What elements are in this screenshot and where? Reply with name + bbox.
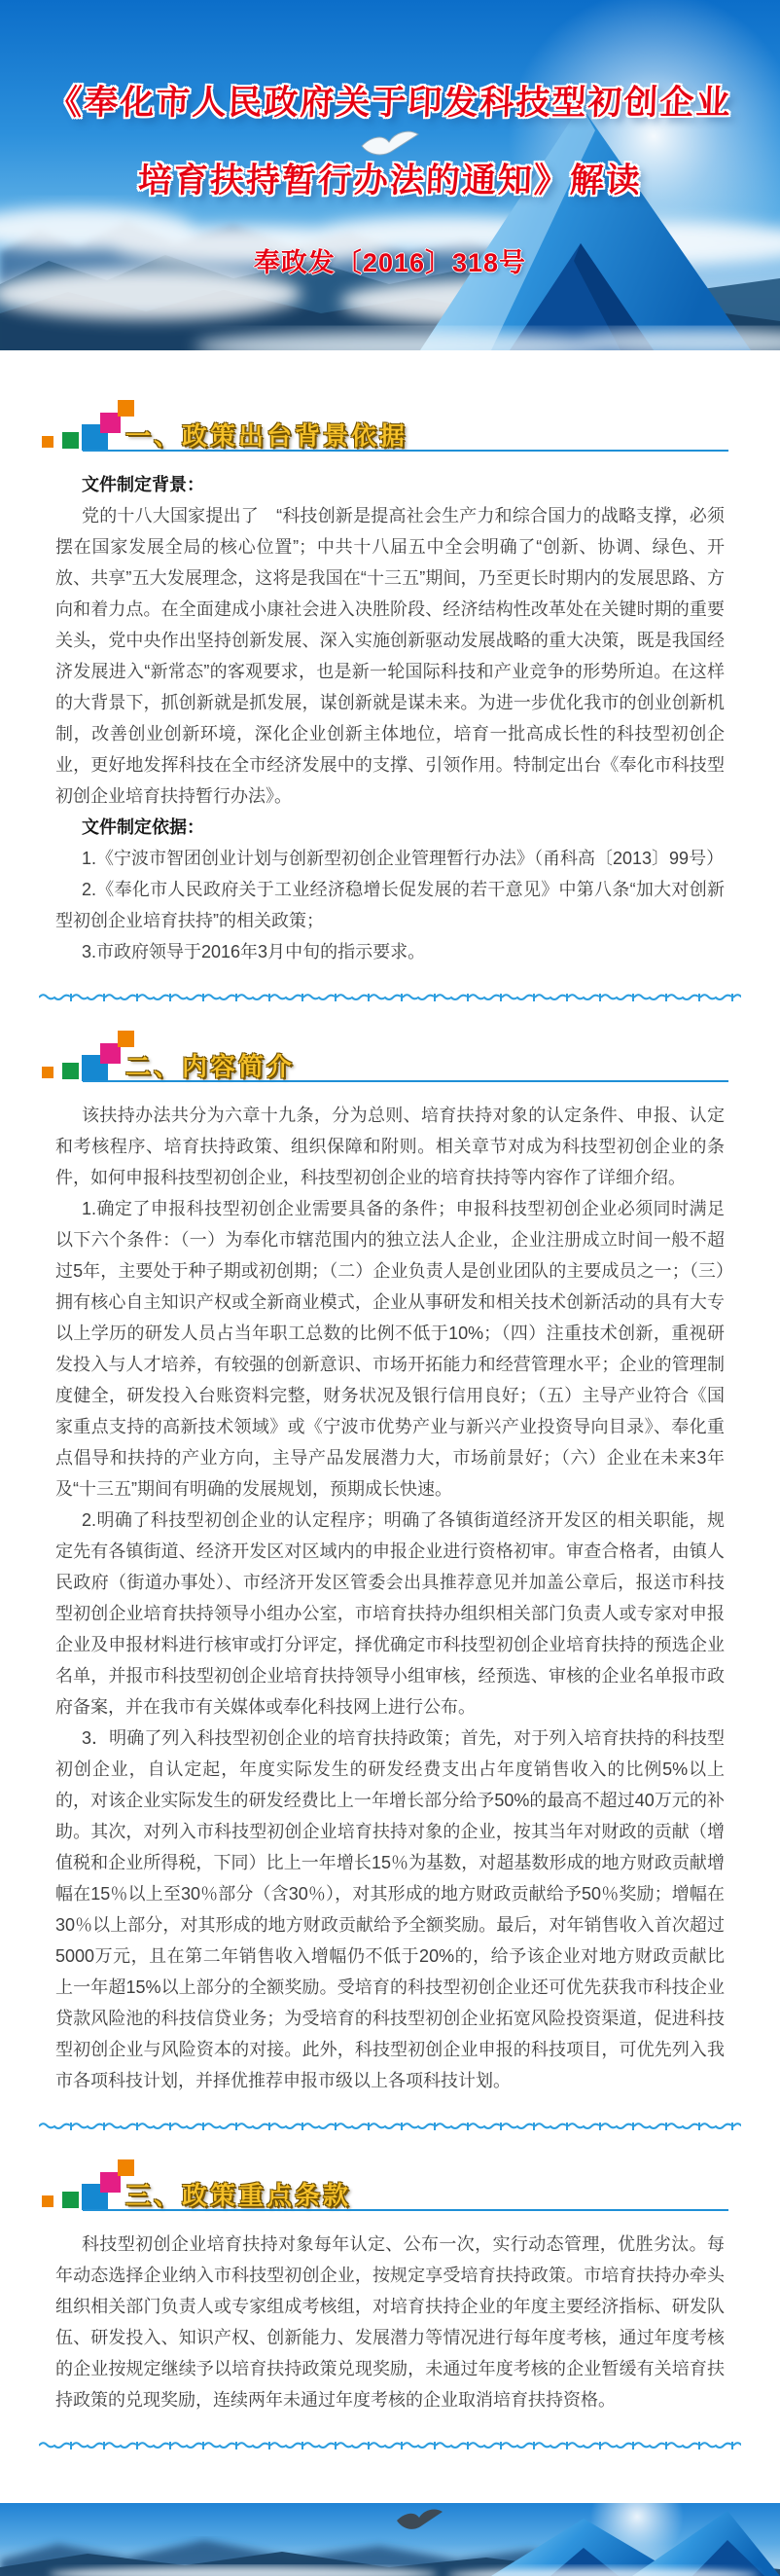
section-underline xyxy=(83,1080,728,1082)
section-body-1: 文件制定背景： 党的十八大国家提出了 “科技创新是提高社会生产力和综合国力的战略… xyxy=(55,469,725,967)
section-header-3: 三、政策重点条款 xyxy=(0,2157,780,2213)
page-title-line1: 《奉化市人民政府关于印发科技型初创企业 xyxy=(0,76,780,125)
section-title-2: 二、内容简介 xyxy=(125,1047,295,1083)
bottom-banner xyxy=(0,2503,780,2576)
list-item: 2.《奉化市人民政府关于工业经济稳增长促发展的若干意见》中第八条“加大对创新型初… xyxy=(55,874,725,936)
wavy-divider xyxy=(39,2120,741,2133)
deco-square-orange-icon xyxy=(42,1067,53,1078)
paragraph: 3．明确了列入科技型初创企业的培育扶持政策；首先，对于列入培育扶持的科技型初创企… xyxy=(55,1723,725,2096)
deco-square-green-icon xyxy=(62,1063,79,1079)
sky-mountain-footer-image xyxy=(0,2503,780,2576)
deco-square-orange2-icon xyxy=(118,400,134,417)
deco-square-orange2-icon xyxy=(118,2159,134,2176)
deco-square-orange-icon xyxy=(42,2195,53,2207)
deco-square-orange-icon xyxy=(42,436,53,448)
list-item: 3.市政府领导于2016年3月中旬的指示要求。 xyxy=(55,936,725,967)
top-banner: 《奉化市人民政府关于印发科技型初创企业 培育扶持暂行办法的通知》解读 奉政发〔2… xyxy=(0,0,780,350)
paragraph: 该扶持办法共分为六章十九条，分为总则、培育扶持对象的认定条件、申报、认定和考核程… xyxy=(55,1100,725,1193)
section-header-1: 一、政策出台背景依据 xyxy=(0,397,780,454)
deco-square-green-icon xyxy=(62,2192,79,2208)
paragraph: 科技型初创企业培育扶持对象每年认定、公布一次，实行动态管理，优胜劣汰。每年动态选… xyxy=(55,2229,725,2415)
wavy-divider xyxy=(39,991,741,1004)
wavy-divider xyxy=(39,2439,741,2452)
section-body-3: 科技型初创企业培育扶持对象每年认定、公布一次，实行动态管理，优胜劣汰。每年动态选… xyxy=(55,2229,725,2415)
paragraph: 党的十八大国家提出了 “科技创新是提高社会生产力和综合国力的战略支撑，必须摆在国… xyxy=(55,500,725,812)
section-header-2: 二、内容简介 xyxy=(0,1028,780,1084)
paragraph: 2.明确了科技型初创企业的认定程序；明确了各镇街道经济开发区的相关职能，规定先有… xyxy=(55,1505,725,1723)
paragraph-subhead: 文件制定背景： xyxy=(55,469,725,500)
section-underline xyxy=(83,2209,728,2211)
deco-square-orange2-icon xyxy=(118,1031,134,1047)
section-title-3: 三、政策重点条款 xyxy=(125,2176,351,2212)
section-underline xyxy=(83,450,728,452)
section-title-1: 一、政策出台背景依据 xyxy=(125,417,408,453)
section-body-2: 该扶持办法共分为六章十九条，分为总则、培育扶持对象的认定条件、申报、认定和考核程… xyxy=(55,1100,725,2096)
deco-square-green-icon xyxy=(62,432,79,449)
document-number: 奉政发〔2016〕318号 xyxy=(0,241,780,279)
policy-article-page: 《奉化市人民政府关于印发科技型初创企业 培育扶持暂行办法的通知》解读 奉政发〔2… xyxy=(0,0,780,2576)
list-item: 1.《宁波市智团创业计划与创新型初创企业管理暂行办法》（甬科高〔2013〕99号… xyxy=(55,843,725,874)
paragraph-subhead: 文件制定依据： xyxy=(55,812,725,843)
page-title-line2: 培育扶持暂行办法的通知》解读 xyxy=(0,154,780,202)
paragraph: 1.确定了申报科技型初创企业需要具备的条件；申报科技型初创企业必须同时满足以下六… xyxy=(55,1193,725,1505)
banner-title-block: 《奉化市人民政府关于印发科技型初创企业 培育扶持暂行办法的通知》解读 xyxy=(0,76,780,202)
